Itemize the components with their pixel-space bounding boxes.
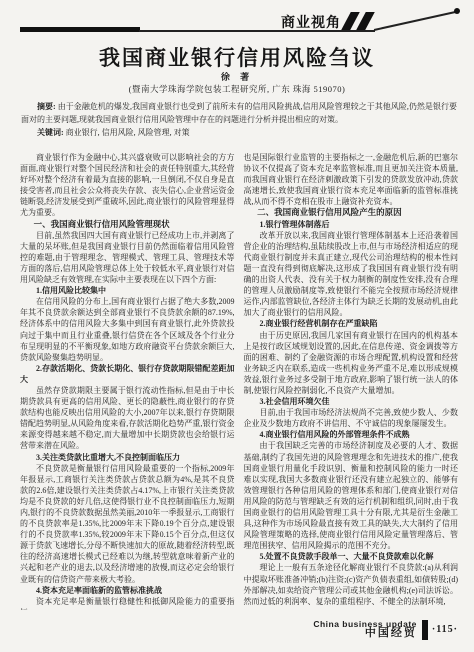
keywords-label: 关键词: bbox=[37, 128, 64, 137]
masthead-thick-rule bbox=[20, 27, 140, 32]
paragraph: 在信用风险的分布上,国有商业银行占据了绝大多数,2009年其不良贷款余额达到全部… bbox=[20, 296, 235, 363]
section-heading: 二、我国商业银行信用风险产生的原因 bbox=[244, 207, 459, 218]
sub-heading: 2.存款活期化、贷款长期化、银行存贷款期限错配差距加大 bbox=[20, 363, 235, 385]
article-body: 商业银行作为金融中心,其兴盛衰败可以影响社会的方方面面,商业银行对整个国民经济和… bbox=[20, 152, 458, 610]
page-footer: China business update 中国经贸 ·115· bbox=[313, 620, 458, 640]
section-heading: 一、我国商业银行信用风险管理现状 bbox=[20, 219, 235, 230]
left-column: 商业银行作为金融中心,其兴盛衰败可以影响社会的方方面面,商业银行对整个国民经济和… bbox=[20, 152, 235, 610]
sub-heading: 2.商业银行经营机制存在严重缺陷 bbox=[244, 318, 459, 329]
journal-page: 商业视角 我国商业银行信用风险刍议 徐 著 (暨南大学珠海学院包装工程研究所, … bbox=[0, 0, 474, 652]
abstract-text: 由于金融危机的爆发,我国商业银行也受到了前所未有的信用风险挑战,信用风险管理较之… bbox=[21, 102, 457, 124]
paragraph: 也是国际银行业监管的主要指标之一,金融危机后,新的巴塞尔协议不仅提高了资本充足率… bbox=[244, 152, 459, 207]
paragraph: 由于历史原因,我国几家国有商业银行在国内的机构基本上是按行政区域规划设置的,因此… bbox=[244, 330, 459, 397]
paragraph: 不良贷款是衡量银行信用风险最重要的一个指标,2009年年报显示,工商银行关注类贷… bbox=[20, 463, 235, 585]
abstract-label: 摘要: bbox=[37, 102, 56, 111]
section-label: 商业视角 bbox=[281, 12, 341, 32]
keywords-line: 关键词: 商业银行, 信用风险, 风险管理, 对策 bbox=[21, 126, 457, 139]
right-column: 也是国际银行业监管的主要指标之一,金融危机后,新的巴塞尔协议不仅提高了资本充足率… bbox=[244, 152, 459, 610]
paragraph: 理论上一般有五条途径化解商业银行不良贷款:(a)从利润中提取坏账准备冲销;(b)… bbox=[244, 562, 459, 606]
sub-heading: 4.商业银行信用风险的外部管理条件不成熟 bbox=[244, 429, 459, 440]
paragraph: 商业银行作为金融中心,其兴盛衰败可以影响社会的方方面面,商业银行对整个国民经济和… bbox=[20, 152, 235, 219]
keywords-text: 商业银行, 信用风险, 风险管理, 对策 bbox=[66, 128, 190, 137]
paragraph: 改革开放以来,我国商业银行管理体制基本上还沿袭着国营企业的治理结构,虽陆续股改上… bbox=[244, 230, 459, 319]
journal-name-block: China business update 中国经贸 bbox=[313, 620, 417, 640]
page-number: ·115· bbox=[432, 624, 458, 635]
paragraph: 资本充足率是衡量银行稳健性和抵御风险能力的重要指标, bbox=[20, 596, 235, 610]
paragraph: 虽然存贷款期限主要属于银行流动性指标,但是由于中长期贷款具有更高的信用风险、更长… bbox=[20, 385, 235, 452]
abstract-line: 摘要: 由于金融危机的爆发,我国商业银行也受到了前所未有的信用风险挑战,信用风险… bbox=[21, 100, 457, 126]
paragraph: 由于我国缺乏完善的市场经济制度及必要的人才、数据基础,制约了我国先进的风险管理理… bbox=[244, 440, 459, 551]
journal-name-cn: 中国经贸 bbox=[313, 628, 417, 640]
abstract-block: 摘要: 由于金融危机的爆发,我国商业银行也受到了前所未有的信用风险挑战,信用风险… bbox=[21, 100, 457, 139]
sub-heading: 5.处置不良贷款手段单一、大量不良贷款难以化解 bbox=[244, 551, 459, 562]
article-title: 我国商业银行信用风险刍议 bbox=[0, 42, 474, 72]
sub-heading: 1.信用风险比较集中 bbox=[20, 285, 235, 296]
masthead-end-dot-icon bbox=[454, 8, 460, 14]
masthead-diagonal-rule bbox=[374, 11, 457, 31]
author-affiliation: (暨南大学珠海学院包装工程研究所, 广东 珠海 519070) bbox=[0, 83, 474, 95]
sub-heading: 1.银行管理体制落后 bbox=[244, 219, 459, 230]
masthead: 商业视角 bbox=[0, 0, 474, 42]
sub-heading: 4.资本充足率面临新的监管标准挑战 bbox=[20, 585, 235, 596]
paragraph: 目前,由于我国市场经济法规尚不完善,致使少数人、少数企业及少数地方政府不讲信用、… bbox=[244, 407, 459, 429]
page-number-bar bbox=[422, 620, 428, 640]
sub-heading: 3.社会信用环境欠佳 bbox=[244, 396, 459, 407]
paragraph: 目前,虽然我国四大国有商业银行已经成功上市,并剥离了大量的呆坏账,但是我国商业银… bbox=[20, 230, 235, 285]
sub-heading: 3.关注类贷款比重增大,不良控制面临压力 bbox=[20, 452, 235, 463]
double-slash-icon bbox=[346, 12, 376, 30]
author-name: 徐 著 bbox=[0, 70, 474, 83]
